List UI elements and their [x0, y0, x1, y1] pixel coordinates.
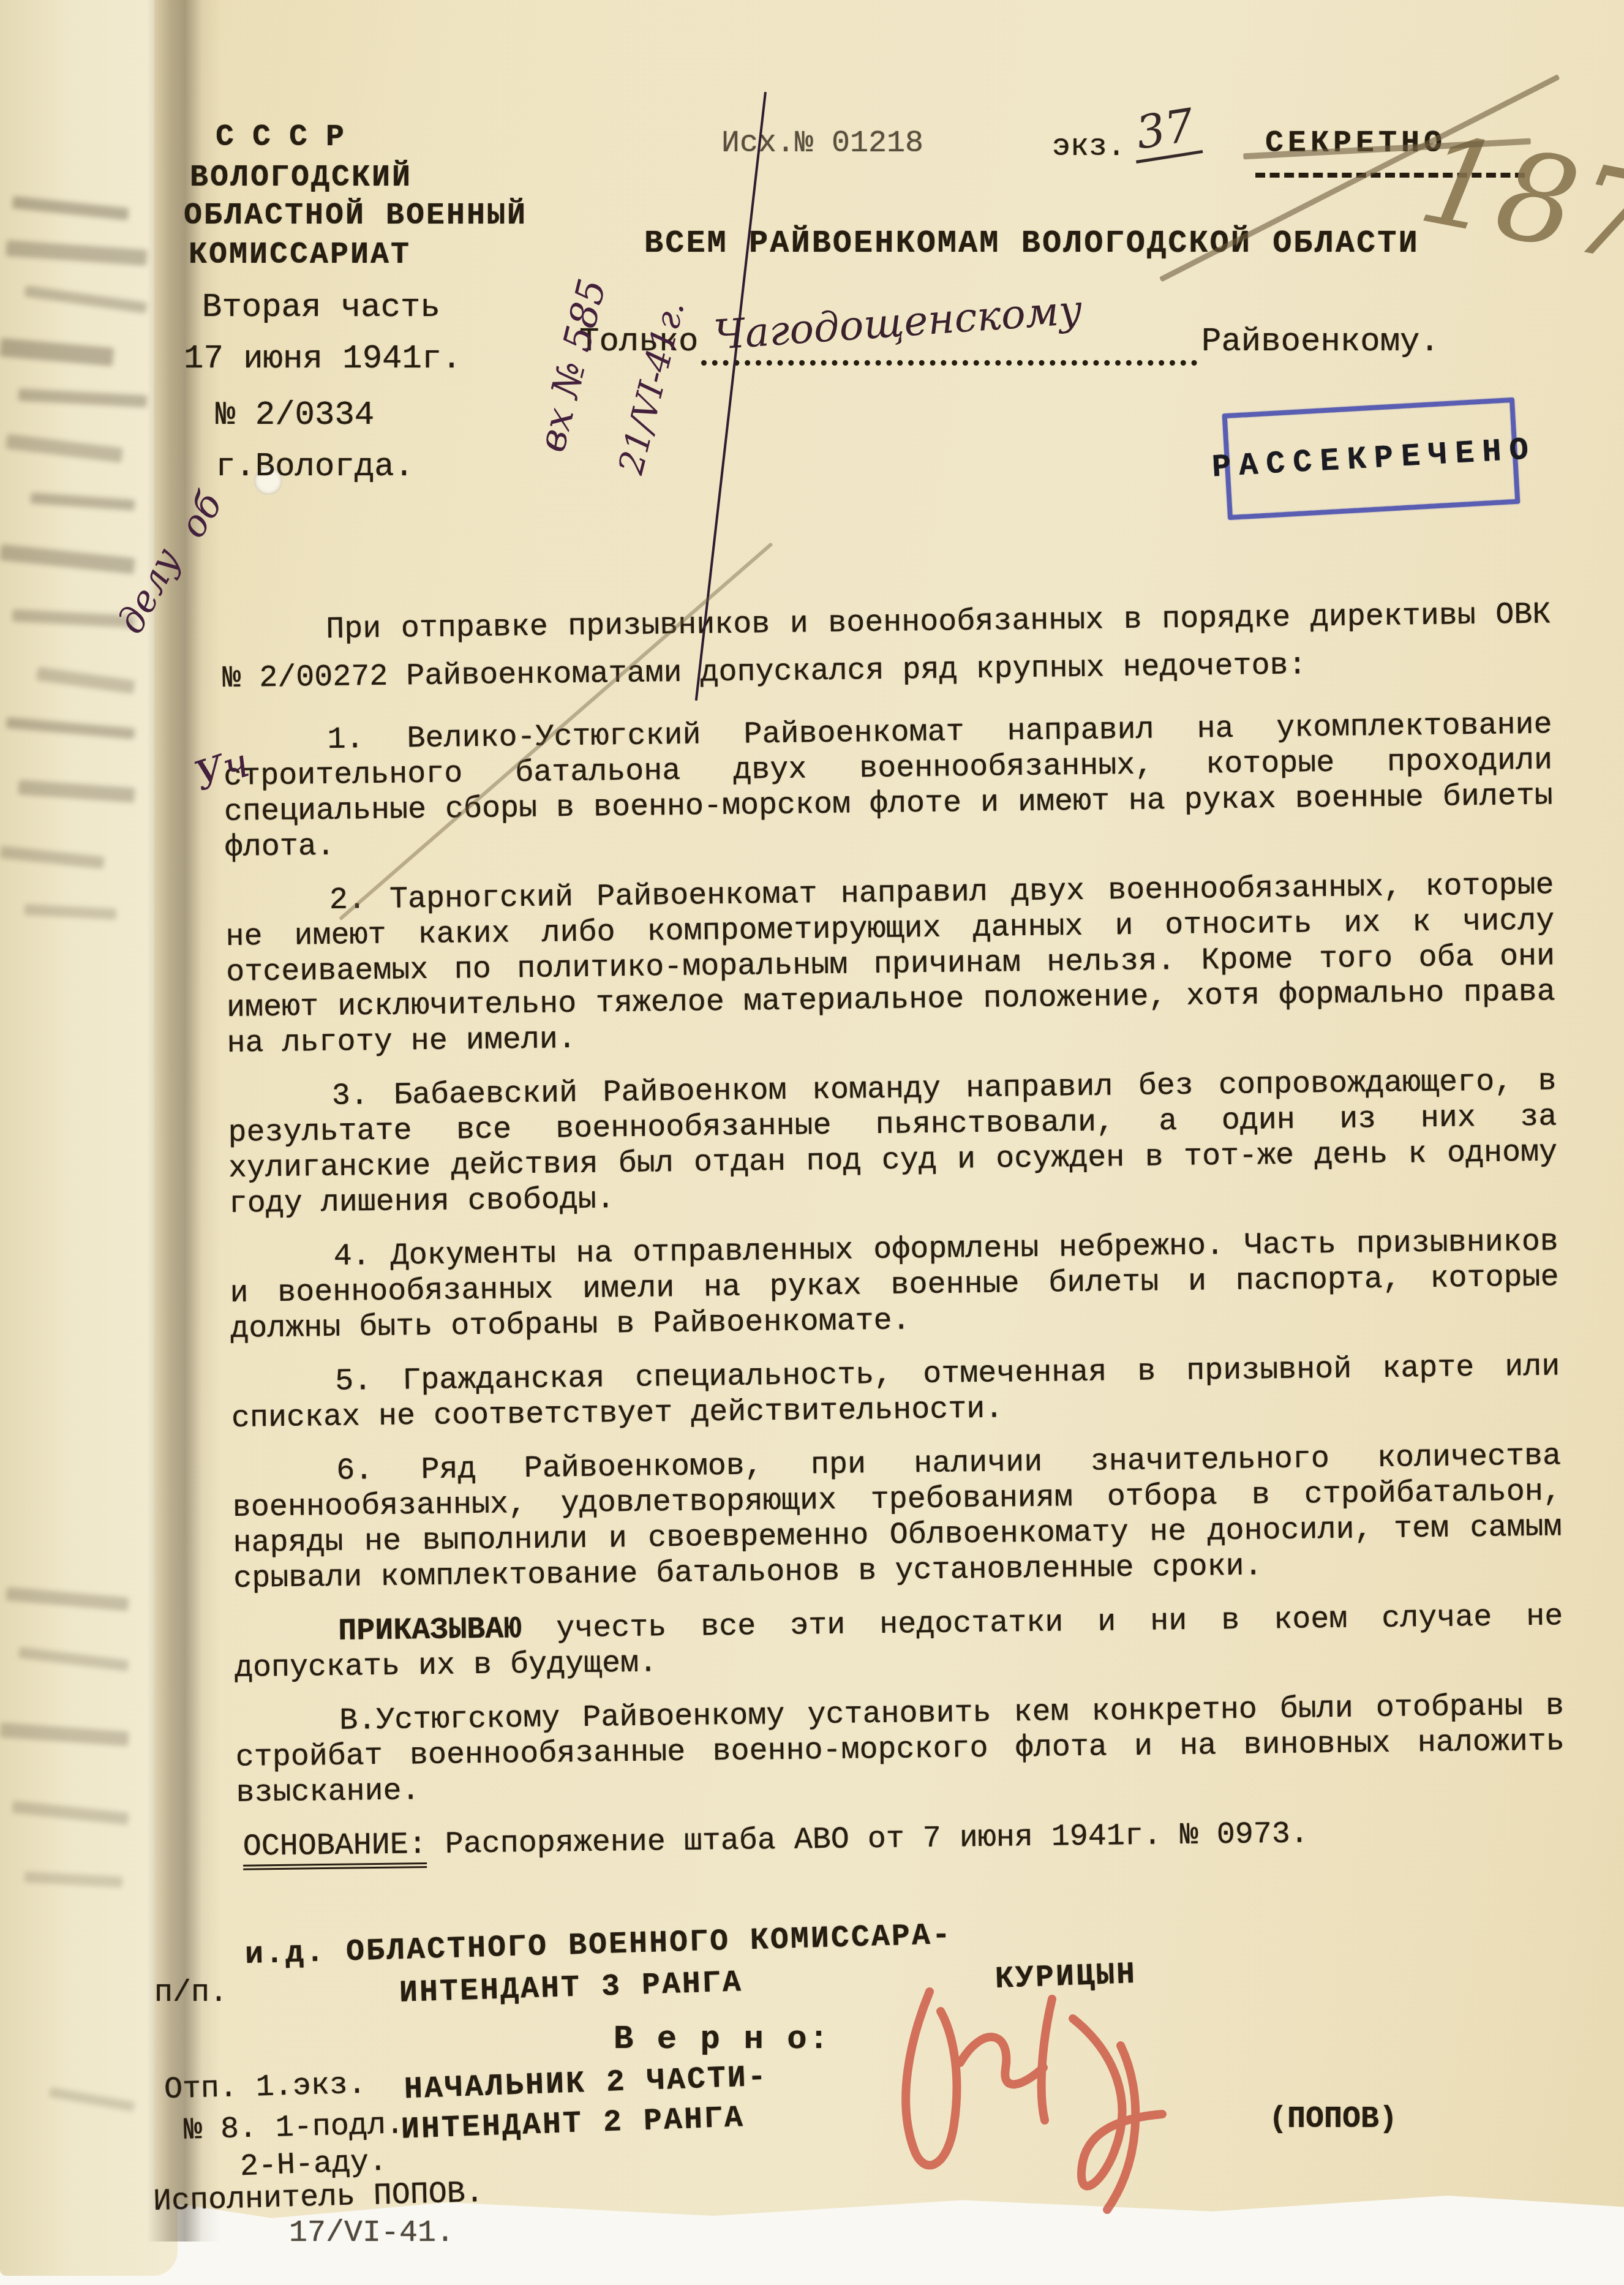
letterhead-date: 17 июня 1941г. — [184, 341, 462, 378]
sig-exec-date: 17/VI-41. — [289, 2216, 454, 2251]
bleed-through-smudge — [24, 904, 117, 920]
copy-label: экз. — [1052, 130, 1126, 165]
letterhead-doc-number: № 2/0334 — [216, 397, 374, 434]
body-intro: При отправке призывников и военнообязанн… — [222, 591, 1552, 702]
bleed-through-smudge — [31, 492, 135, 511]
addressee-all: ВСЕМ РАЙВОЕНКОМАМ ВОЛОГОДСКОЙ ОБЛАСТИ — [644, 225, 1419, 262]
bleed-through-smudge — [0, 544, 135, 574]
letterhead-city: г.Вологда. — [216, 448, 414, 486]
body-item-5: 5. Гражданская специальность, отмеченная… — [231, 1349, 1560, 1437]
sig-otp: Отп. 1.экз. — [164, 2068, 366, 2108]
declassified-stamp: РАССЕКРЕЧЕНО — [1222, 397, 1521, 520]
letterhead-country: СССР — [216, 120, 363, 155]
document-body: При отправке призывников и военнообязанн… — [222, 591, 1566, 1865]
bleed-through-smudge — [49, 2087, 135, 2112]
bleed-through-smudge — [18, 1647, 129, 1671]
bleed-through-smudge — [6, 240, 147, 266]
bleed-through-smudge — [12, 196, 129, 220]
bleed-through-smudge — [0, 846, 105, 869]
body-order: ПРИКАЗЫВАЮ учесть все эти недостатки и н… — [234, 1599, 1563, 1687]
scanned-document: { "page_number": "187", "stamp_text": "Р… — [0, 0, 1624, 2285]
addressee-dotted-line — [701, 360, 1197, 366]
body-item-3: 3. Бабаевский Райвоенком команду направи… — [227, 1064, 1558, 1222]
sig-verno: В е р н о: — [614, 2021, 830, 2058]
bleed-through-smudge — [0, 338, 114, 366]
bleed-through-smudge — [18, 389, 148, 408]
sig-pp: п/п. — [154, 1976, 228, 2011]
bleed-through-smudge — [6, 434, 123, 463]
body-item-6: 6. Ряд Райвоенкомов, при наличии значите… — [232, 1439, 1563, 1597]
adjacent-page-edge — [0, 0, 178, 2276]
order-word: ПРИКАЗЫВАЮ — [338, 1612, 522, 1649]
basis-label: ОСНОВАНИЕ: — [242, 1828, 427, 1870]
copy-number-handwritten: 37 — [1128, 98, 1203, 164]
signature-popov-red — [857, 1960, 1188, 2223]
body-item-1: 1. Велико-Устюгский Райвоенкомат направи… — [223, 707, 1554, 865]
bleed-through-smudge — [12, 1801, 129, 1825]
letterhead-org-line1: ВОЛОГОДСКИЙ — [190, 160, 412, 195]
bleed-through-smudge — [24, 285, 148, 314]
sig-copy-line1: № 8. 1-подл. — [183, 2107, 404, 2148]
bleed-through-smudge — [6, 1587, 129, 1611]
sig-name2: (ПОПОВ) — [1269, 2102, 1397, 2137]
addressee-only-tail: Райвоенкому. — [1201, 323, 1440, 361]
bleed-through-smudge — [0, 1723, 129, 1747]
bleed-through-smudge — [36, 667, 135, 694]
body-item-2: 2. Тарногский Райвоенкомат направил двух… — [225, 868, 1556, 1061]
body-ustyug: В.Устюгскому Райвоенкому установить кем … — [235, 1688, 1565, 1811]
declassified-stamp-text: РАССЕКРЕЧЕНО — [1205, 431, 1538, 486]
outgoing-number: Исх.№ 01218 — [721, 126, 923, 161]
bleed-through-smudge — [6, 717, 135, 739]
body-item-4: 4. Документы на отправленных оформлены н… — [230, 1224, 1560, 1347]
letterhead-department: Вторая часть — [202, 289, 440, 326]
letterhead-org-line3: КОМИССАРИАТ — [189, 238, 411, 273]
letterhead-org-line2: ОБЛАСТНОЙ ВОЕННЫЙ — [184, 198, 527, 233]
bleed-through-smudge — [18, 780, 135, 802]
bleed-through-smudge — [24, 1872, 123, 1888]
